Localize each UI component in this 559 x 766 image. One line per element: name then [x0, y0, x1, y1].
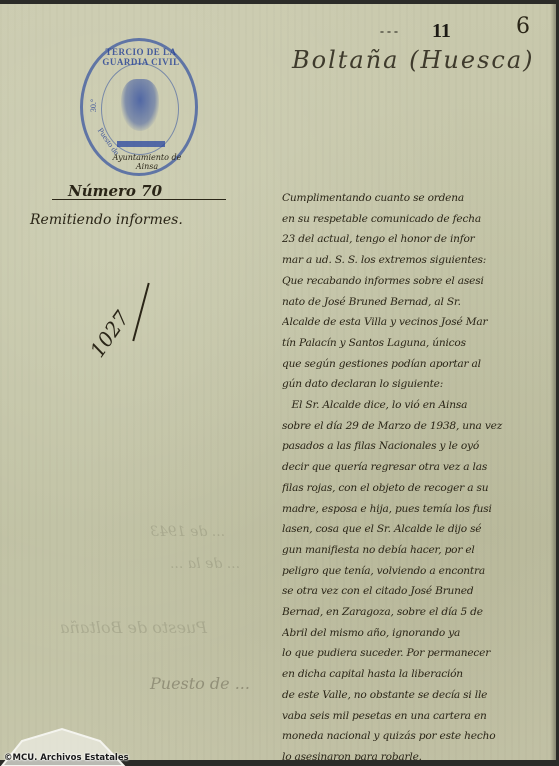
number-underline	[52, 199, 226, 200]
body-line: Que recabando informes sobre el asesi	[282, 271, 554, 292]
stamp-left-text: 30.°	[89, 99, 98, 112]
body-line: Abril del mismo año, ignorando ya	[282, 623, 554, 644]
body-line: moneda nacional y quizás por este hecho	[282, 726, 554, 747]
body-line: peligro que tenía, volviendo a encontra	[282, 561, 554, 582]
archive-dots: - - -	[380, 24, 398, 39]
body-line: El Sr. Alcalde dice, lo vió en Ainsa	[282, 395, 554, 416]
body-line: mar a ud. S. S. los extremos siguientes:	[282, 250, 554, 271]
body-line: se otra vez con el citado José Bruned	[282, 581, 554, 602]
body-line: tín Palacín y Santos Laguna, únicos	[282, 333, 554, 354]
page-number: 6	[516, 14, 530, 39]
stamp-handwritten-place: Ayuntamiento de Ainsa	[107, 153, 187, 171]
body-line: vaba seis mil pesetas en una cartera en	[282, 706, 554, 727]
coat-of-arms-icon	[121, 79, 159, 131]
body-line: madre, esposa e hija, pues temía los fus…	[282, 499, 554, 520]
letter-body: Cumplimentando cuanto se ordena en su re…	[282, 188, 554, 760]
archive-folio-number: 11	[432, 20, 451, 43]
document-page: ... de 1943 ... de la ... Puesto de Bolt…	[0, 4, 556, 760]
document-subject: Remitiendo informes.	[30, 212, 183, 228]
guardia-civil-stamp: TERCIO DE LA GUARDIA CIVIL 30.° Puesto d…	[80, 38, 198, 176]
bleed-through-text: ... de la ...	[170, 556, 240, 572]
watermark-text: ©MCU. Archivos Estatales	[4, 753, 129, 763]
body-line: gún dato declaran lo siguiente:	[282, 374, 554, 395]
body-line: Cumplimentando cuanto se ordena	[282, 188, 554, 209]
body-line: que según gestiones podían aportar al	[282, 354, 554, 375]
body-line: gun manifiesta no debía hacer, por el	[282, 540, 554, 561]
body-line: decir que quería regresar otra vez a las	[282, 457, 554, 478]
body-line: filas rojas, con el objeto de recoger a …	[282, 478, 554, 499]
body-line: sobre el día 29 de Marzo de 1938, una ve…	[282, 416, 554, 437]
archive-watermark: ©MCU. Archivos Estatales	[0, 727, 130, 766]
body-line: 23 del actual, tengo el honor de infor	[282, 229, 554, 250]
body-line: en su respetable comunicado de fecha	[282, 209, 554, 230]
body-line: nato de José Bruned Bernad, al Sr.	[282, 292, 554, 313]
body-line: Bernad, en Zaragoza, sobre el día 5 de	[282, 602, 554, 623]
bleed-through-text: Puesto de Boltaña	[60, 618, 207, 637]
body-line: pasados a las filas Nacionales y le oyó	[282, 436, 554, 457]
body-line: Alcalde de esta Villa y vecinos José Mar	[282, 312, 554, 333]
faded-signature: Puesto de ...	[150, 674, 250, 693]
body-line: lasen, cosa que el Sr. Alcalde le dijo s…	[282, 519, 554, 540]
body-line: lo que pudiera suceder. Por permanecer	[282, 643, 554, 664]
location-heading: Boltaña (Huesca)	[292, 46, 535, 74]
document-number: Número 70	[68, 182, 162, 200]
body-line: de este Valle, no obstante se decía si l…	[282, 685, 554, 706]
margin-note-slash	[132, 283, 149, 341]
margin-note: 1027	[85, 306, 134, 361]
bleed-through-text: ... de 1943	[150, 524, 225, 540]
body-line: lo asesinaron para robarle.	[282, 747, 554, 760]
stamp-band	[117, 141, 165, 147]
body-line: en dicha capital hasta la liberación	[282, 664, 554, 685]
